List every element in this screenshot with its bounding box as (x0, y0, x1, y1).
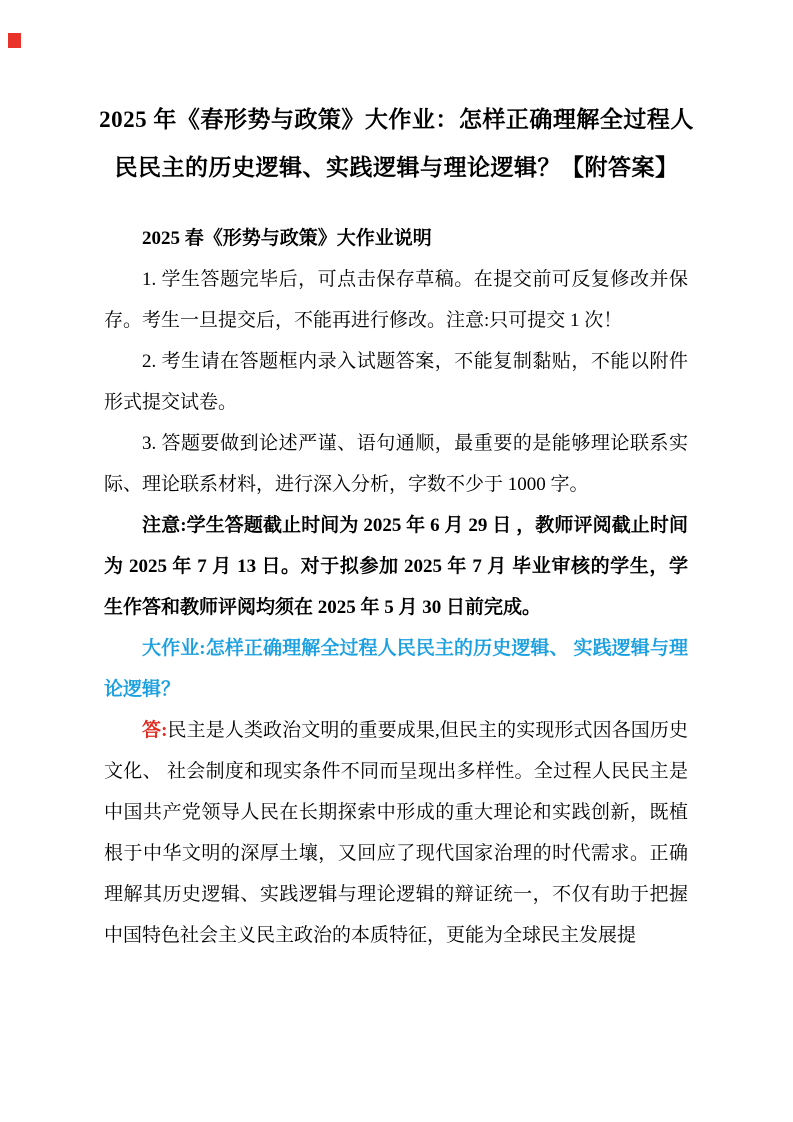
assignment-instructions-heading: 2025 春《形势与政策》大作业说明 (104, 218, 688, 259)
document-title: 2025 年《春形势与政策》大作业：怎样正确理解全过程人民民主的历史逻辑、实践逻… (98, 96, 695, 192)
red-revision-marker (8, 33, 21, 48)
instruction-item-2: 2. 考生请在答题框内录入试题答案，不能复制黏贴，不能以附件形式提交试卷。 (104, 341, 688, 423)
answer-text: 民主是人类政治文明的重要成果,但民主的实现形式因各国历史文化、 社会制度和现实条… (104, 720, 688, 946)
answer-paragraph: 答:民主是人类政治文明的重要成果,但民主的实现形式因各国历史文化、 社会制度和现… (104, 710, 688, 956)
answer-label: 答: (142, 720, 167, 741)
document-page: 2025 年《春形势与政策》大作业：怎样正确理解全过程人民民主的历史逻辑、实践逻… (0, 0, 793, 1122)
deadline-notice: 注意:学生答题截止时间为 2025 年 6 月 29 日 ，教师评阅截止时间为 … (104, 505, 688, 628)
document-body: 2025 春《形势与政策》大作业说明 1. 学生答题完毕后，可点击保存草稿。在提… (104, 218, 688, 956)
assignment-question: 大作业:怎样正确理解全过程人民民主的历史逻辑、 实践逻辑与理论逻辑？ (104, 628, 688, 710)
instruction-item-3: 3. 答题要做到论述严谨、语句通顺，最重要的是能够理论联系实际、理论联系材料，进… (104, 423, 688, 505)
instruction-item-1: 1. 学生答题完毕后，可点击保存草稿。在提交前可反复修改并保存。考生一旦提交后，… (104, 259, 688, 341)
